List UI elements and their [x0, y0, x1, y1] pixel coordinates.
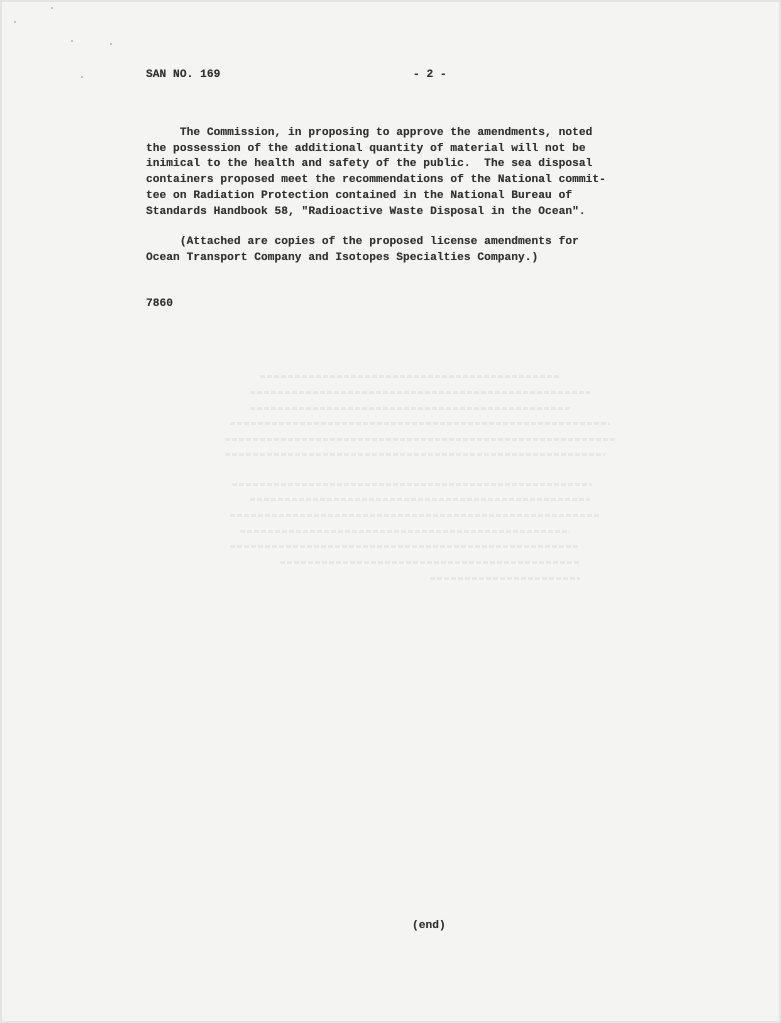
bleed-through-texture [280, 561, 580, 564]
paragraph-line: The Commission, in proposing to approve … [146, 127, 592, 139]
scan-speck [71, 40, 73, 42]
paragraph-line: Standards Handbook 58, "Radioactive Wast… [146, 206, 586, 218]
document-reference-header: SAN NO. 169 [146, 69, 220, 81]
paragraph-line: inimical to the health and safety of the… [146, 158, 592, 170]
bleed-through-texture [225, 453, 605, 456]
paragraph-line: containers proposed meet the recommendat… [146, 174, 606, 186]
page-number: - 2 - [413, 69, 447, 81]
paragraph-line: (Attached are copies of the proposed lic… [146, 236, 579, 248]
scan-speck [51, 7, 53, 9]
paragraph-line: the possession of the additional quantit… [146, 143, 586, 155]
reference-number: 7860 [146, 298, 173, 310]
scan-speck [14, 21, 16, 23]
end-marker: (end) [412, 920, 446, 932]
bleed-through-texture [225, 438, 615, 441]
bleed-through-texture [230, 545, 580, 548]
bleed-through-texture [250, 407, 570, 410]
bleed-through-texture [232, 483, 592, 486]
bleed-through-texture [250, 498, 590, 501]
scan-speck [110, 43, 112, 45]
document-page: SAN NO. 169 - 2 - The Commission, in pro… [0, 0, 781, 1023]
bleed-through-texture [430, 577, 580, 580]
bleed-through-texture [230, 514, 600, 517]
paragraph-line: Ocean Transport Company and Isotopes Spe… [146, 252, 538, 264]
bleed-through-texture [240, 530, 570, 533]
scan-speck [81, 76, 83, 78]
paragraph-line: tee on Radiation Protection contained in… [146, 190, 572, 202]
bleed-through-texture [230, 422, 610, 425]
bleed-through-texture [250, 391, 590, 394]
bleed-through-texture [260, 375, 560, 378]
